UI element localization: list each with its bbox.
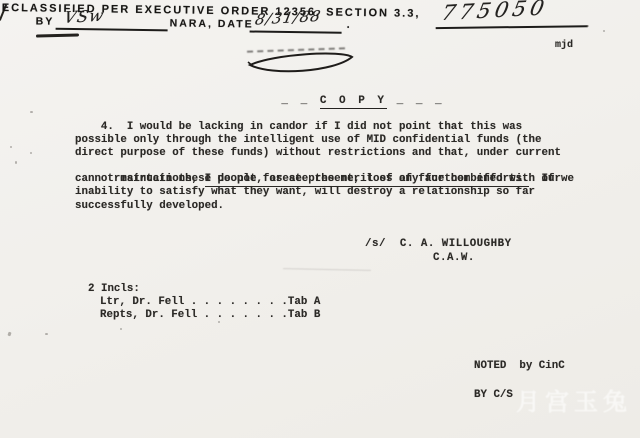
- ink-speck: [218, 321, 220, 323]
- enclosure-item-1: Ltr, Dr. Fell . . . . . . . .Tab A: [100, 296, 320, 308]
- memo-paragraph: 4. I would be lacking in candor if I did…: [75, 121, 580, 213]
- faint-pencil-mark: [283, 268, 371, 271]
- watermark: 月宫玉兔: [516, 382, 632, 417]
- noted-by-cinc: NOTED by CinC: [474, 360, 565, 372]
- signature-initials: C.A.W.: [433, 252, 475, 264]
- ink-speck: [30, 111, 33, 113]
- stamp-date-handwritten: 8/31/88: [254, 7, 323, 29]
- typist-initials: mjd: [555, 40, 573, 51]
- stamp-by-label: BY: [36, 16, 55, 28]
- ink-speck: [30, 152, 32, 154]
- stamp-by-signature-handwritten: VSw: [63, 6, 107, 27]
- paragraph-line-4: restructions, I do not foresee the merit…: [75, 160, 580, 173]
- signature-line: /s/ C. A. WILLOUGHBY: [365, 238, 512, 250]
- ink-speck: [10, 146, 12, 148]
- pen-scribble: [246, 50, 356, 80]
- ink-speck: [15, 161, 17, 164]
- stamp-serial-underline: [436, 25, 588, 29]
- paragraph-line-3: direct purpose of these funds) without r…: [75, 147, 580, 160]
- stamp-serial-handwritten: 775050: [440, 0, 550, 25]
- copy-prefix: _ _: [281, 95, 319, 107]
- scanned-memo-page: DECLASSIFIED PER EXECUTIVE ORDER 12356, …: [0, 0, 640, 438]
- ink-speck: [586, 25, 589, 27]
- stamp-nara-date-label: NARA, DATE: [170, 17, 254, 30]
- stamp-by-underline: [56, 28, 168, 31]
- copy-heading: _ _ C O P Y _ _ _: [243, 83, 445, 119]
- paragraph-line-1: 4. I would be lacking in candor if I did…: [75, 121, 580, 134]
- declassification-stamp: DECLASSIFIED PER EXECUTIVE ORDER 12356, …: [0, 0, 620, 49]
- ink-speck: [7, 332, 11, 337]
- copy-suffix: _ _ _: [387, 95, 445, 107]
- paragraph-line-5: cannot maintain these people, as at pres…: [75, 173, 580, 186]
- enclosure-item-2: Repts, Dr. Fell . . . . . . .Tab B: [100, 309, 320, 321]
- ink-speck: [603, 30, 605, 32]
- stamp-period: .: [347, 19, 352, 31]
- by-cs: BY C/S: [474, 389, 513, 401]
- paragraph-line-6: inability to satisfy what they want, wil…: [75, 186, 580, 199]
- paragraph-line-7: successfully developed.: [75, 200, 580, 213]
- enclosures-heading: 2 Incls:: [88, 283, 140, 295]
- stamp-date-underline: [250, 30, 342, 33]
- paragraph-line-2: possible only through the intelligent us…: [75, 134, 580, 147]
- ink-speck: [45, 333, 48, 335]
- ink-speck: [120, 328, 122, 330]
- copy-word: C O P Y: [320, 95, 387, 109]
